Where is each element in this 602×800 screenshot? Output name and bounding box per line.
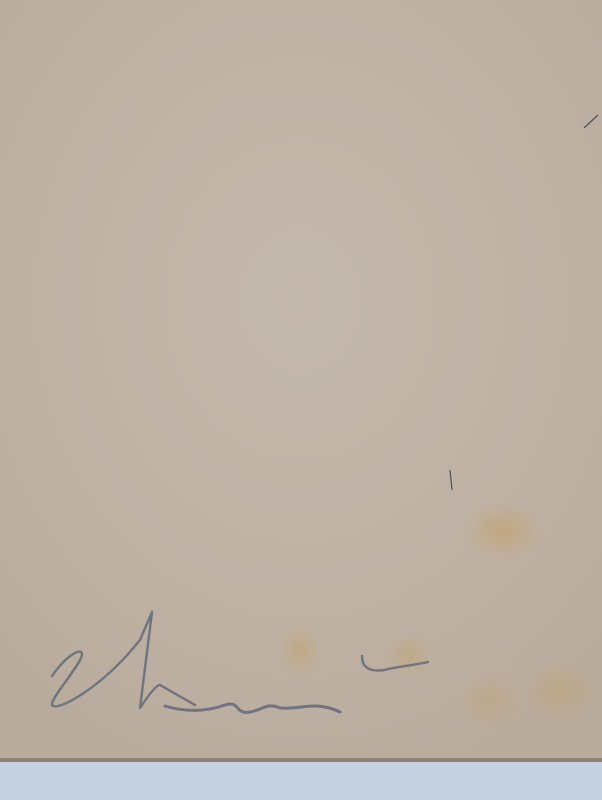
signature (0, 0, 602, 800)
